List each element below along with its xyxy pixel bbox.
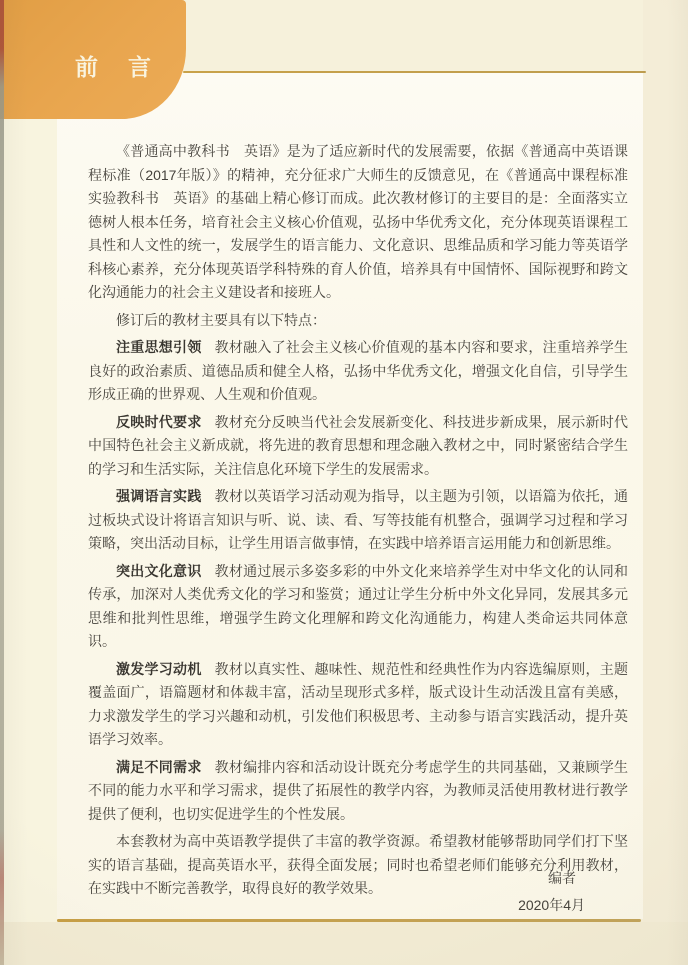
paragraph-lead: 强调语言实践 xyxy=(116,488,202,504)
page-title: 前言 xyxy=(75,55,181,79)
signature-author: 编者 xyxy=(88,865,576,892)
page-left-margin xyxy=(0,0,57,965)
page-right-margin xyxy=(643,0,688,965)
paragraph: 反映时代要求教材充分反映当代社会发展新变化、科技进步新成果，展示新时代中国特色社… xyxy=(88,411,628,482)
paragraph-lead: 反映时代要求 xyxy=(116,414,202,430)
paragraph: 突出文化意识教材通过展示多姿多彩的中外文化来培养学生对中华文化的认同和传承，加深… xyxy=(88,560,628,654)
signature-date: 2020年4月 xyxy=(88,892,585,919)
paragraph-lead: 激发学习动机 xyxy=(116,661,202,677)
paragraph-lead: 突出文化意识 xyxy=(116,563,202,579)
book-spine-edge xyxy=(0,0,4,965)
paragraph: 强调语言实践教材以英语学习活动观为指导，以主题为引领，以语篇为依托，通过板块式设… xyxy=(88,485,628,556)
paragraph: 修订后的教材主要具有以下特点： xyxy=(88,309,628,333)
footer-rule xyxy=(57,919,641,922)
paragraph: 满足不同需求教材编排内容和活动设计既充分考虑学生的共同基础，又兼顾学生不同的能力… xyxy=(88,756,628,827)
header-rule xyxy=(183,71,646,73)
paragraph-text: 《普通高中教科书 英语》是为了适应新时代的发展需要，依据《普通高中英语课程标准（… xyxy=(88,143,628,300)
paragraph-lead: 满足不同需求 xyxy=(116,759,202,775)
preface-body: 《普通高中教科书 英语》是为了适应新时代的发展需要，依据《普通高中英语课程标准（… xyxy=(88,140,628,905)
paragraph-text: 修订后的教材主要具有以下特点： xyxy=(116,312,326,328)
paragraph-lead: 注重思想引领 xyxy=(116,339,202,355)
paragraph: 注重思想引领教材融入了社会主义核心价值观的基本内容和要求，注重培养学生良好的政治… xyxy=(88,336,628,407)
signature-block: 编者 2020年4月 xyxy=(88,865,628,919)
paragraph: 《普通高中教科书 英语》是为了适应新时代的发展需要，依据《普通高中英语课程标准（… xyxy=(88,140,628,305)
page-bottom-margin xyxy=(0,922,688,965)
scanned-preface-page: 前言 《普通高中教科书 英语》是为了适应新时代的发展需要，依据《普通高中英语课程… xyxy=(0,0,688,965)
paragraph: 激发学习动机教材以真实性、趣味性、规范性和经典性作为内容选编原则，主题覆盖面广，… xyxy=(88,658,628,752)
